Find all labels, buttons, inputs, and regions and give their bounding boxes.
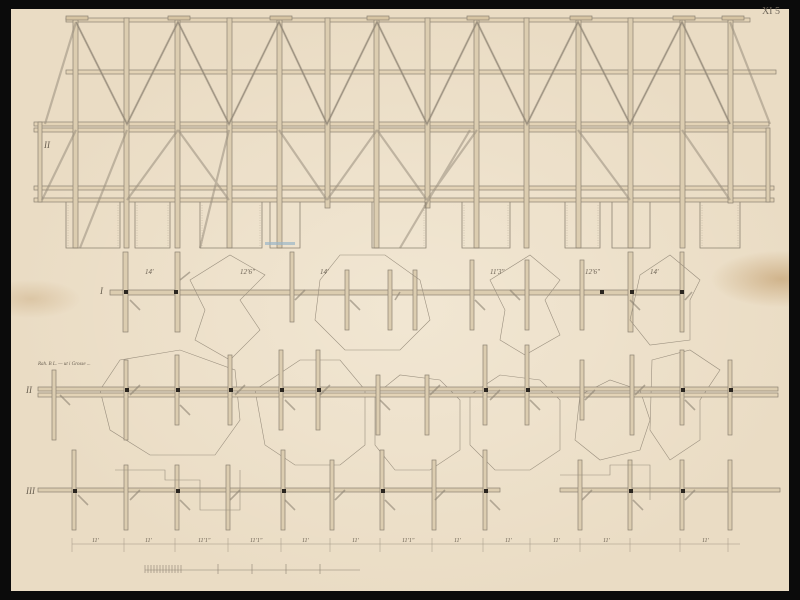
sheet-number: XI 5 xyxy=(762,6,780,17)
pier-outlines xyxy=(100,255,720,470)
dim-top-2: 12'6" xyxy=(240,268,255,276)
elevation-diagonals xyxy=(42,22,770,248)
dim-bottom-1: 11' xyxy=(92,538,99,544)
dim-top-4: 11'3" xyxy=(490,268,504,276)
dim-bottom-7: 11'1" xyxy=(402,538,414,544)
scale-bar xyxy=(145,564,360,574)
dim-top-3: 14' xyxy=(320,268,329,276)
dim-top-1: 14' xyxy=(145,268,154,276)
dim-bottom-3: 11'1" xyxy=(198,538,210,544)
dim-bottom-5: 11' xyxy=(302,538,309,544)
plan-row-2 xyxy=(38,345,778,440)
blue-mark xyxy=(265,242,295,245)
elevation-label: II xyxy=(44,140,50,150)
row-label-3: III xyxy=(26,486,35,496)
dim-bottom-10: 11' xyxy=(553,538,560,544)
dim-top-5: 14' xyxy=(650,268,659,276)
dim-bottom-4: 11'1" xyxy=(250,538,262,544)
wall-hatch xyxy=(68,205,738,246)
dim-bottom-8: 11' xyxy=(454,538,461,544)
row-label-1: I xyxy=(100,286,103,296)
dim-bottom-2: 11' xyxy=(145,538,152,544)
scaffolding-drawing xyxy=(0,0,800,600)
plan-row-3 xyxy=(38,450,780,530)
dim-bottom-11: 11' xyxy=(603,538,610,544)
dim-bottom-6: 11' xyxy=(352,538,359,544)
row-label-2: II xyxy=(26,385,32,395)
dim-bottom-9: 11' xyxy=(505,538,512,544)
elevation-posts xyxy=(38,18,770,248)
dim-top-6: 12'6" xyxy=(585,268,600,276)
left-annotation: Rah. B L. — ut i Grosse ... xyxy=(38,362,91,367)
dim-bottom-12: 11' xyxy=(702,538,709,544)
